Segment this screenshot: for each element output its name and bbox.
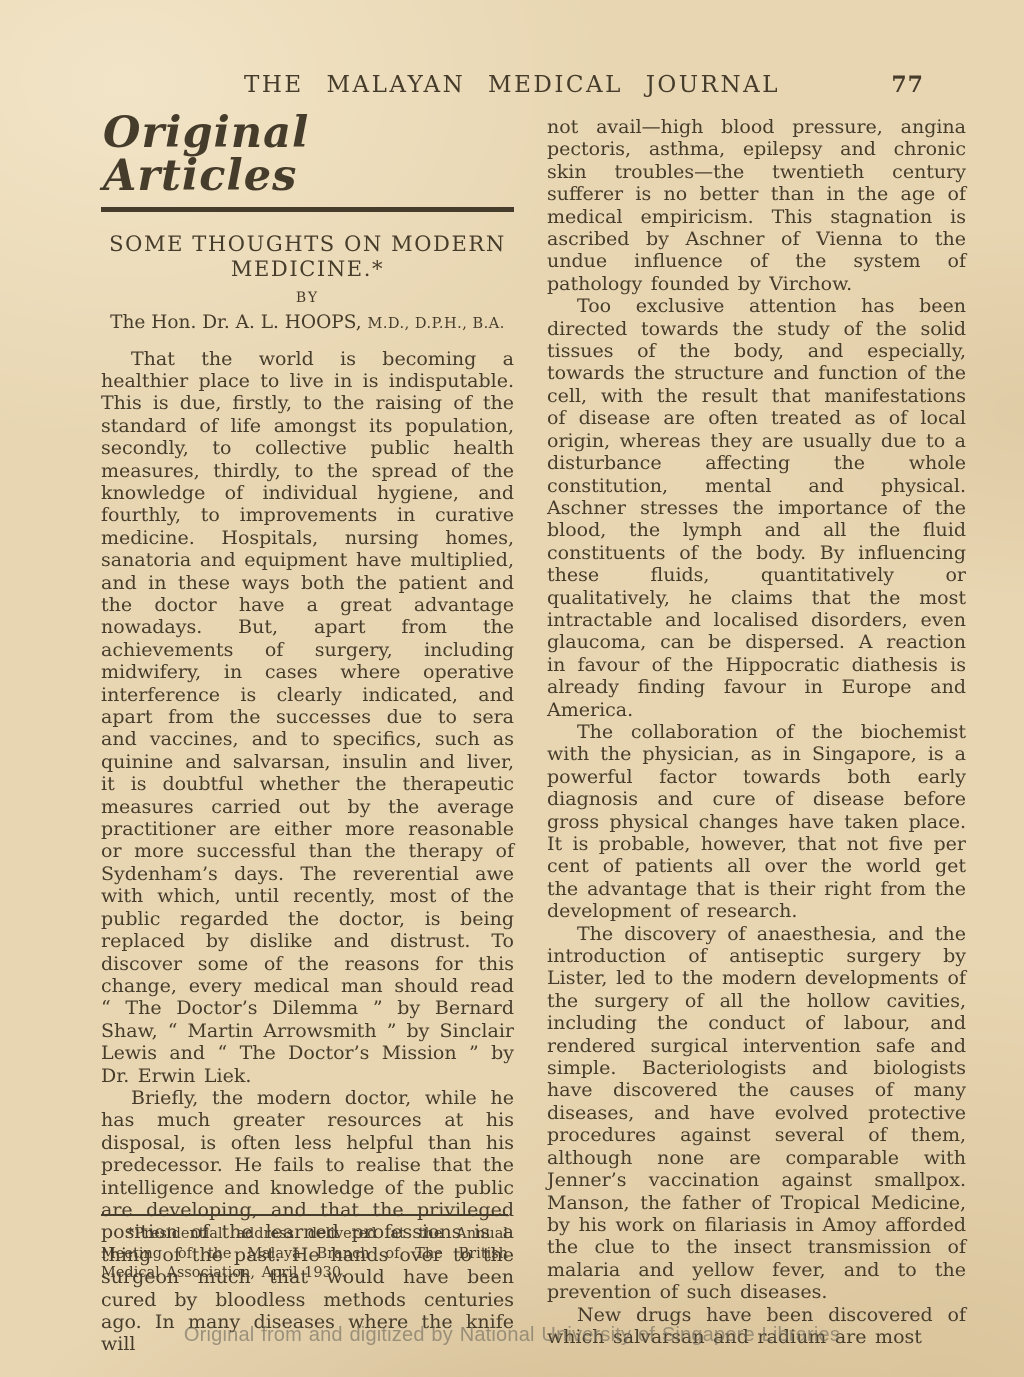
footnote-text: *Presidential address delivered at the A… xyxy=(101,1225,508,1284)
journal-title: THE MALAYAN MEDICAL JOURNAL xyxy=(0,72,1024,98)
page-number: 77 xyxy=(891,72,924,98)
library-watermark: Original from and digitized by National … xyxy=(0,1324,1024,1347)
footnote-block: *Presidential address delivered at the A… xyxy=(101,1214,508,1284)
byline-label: BY xyxy=(101,290,514,306)
article-title-line-1: SOME THOUGHTS ON MODERN xyxy=(101,232,514,257)
paragraph: The discovery of anaesthesia, and the in… xyxy=(547,923,966,1304)
article-title-line-2: MEDICINE.* xyxy=(101,257,514,282)
article-title: SOME THOUGHTS ON MODERN MEDICINE.* xyxy=(101,232,514,282)
author-line: The Hon. Dr. A. L. HOOPS, M.D., D.P.H., … xyxy=(101,312,514,333)
paragraph: not avail—high blood pressure, angina pe… xyxy=(547,116,966,295)
author-name: The Hon. Dr. A. L. HOOPS, xyxy=(110,312,367,333)
journal-page-scan: THE MALAYAN MEDICAL JOURNAL 77 Original … xyxy=(0,0,1024,1377)
right-column: not avail—high blood pressure, angina pe… xyxy=(547,116,966,1348)
footnote-divider xyxy=(101,1214,508,1216)
left-column: Original Articles SOME THOUGHTS ON MODER… xyxy=(101,112,514,1356)
paragraph: Too exclusive attention has been directe… xyxy=(547,295,966,721)
paragraph: That the world is becoming a healthier p… xyxy=(101,348,514,1087)
section-heading: Original Articles xyxy=(101,112,514,212)
paragraph: The collaboration of the biochemist with… xyxy=(547,721,966,923)
left-column-body: That the world is becoming a healthier p… xyxy=(101,348,514,1356)
author-degrees: M.D., D.P.H., B.A. xyxy=(367,316,504,332)
